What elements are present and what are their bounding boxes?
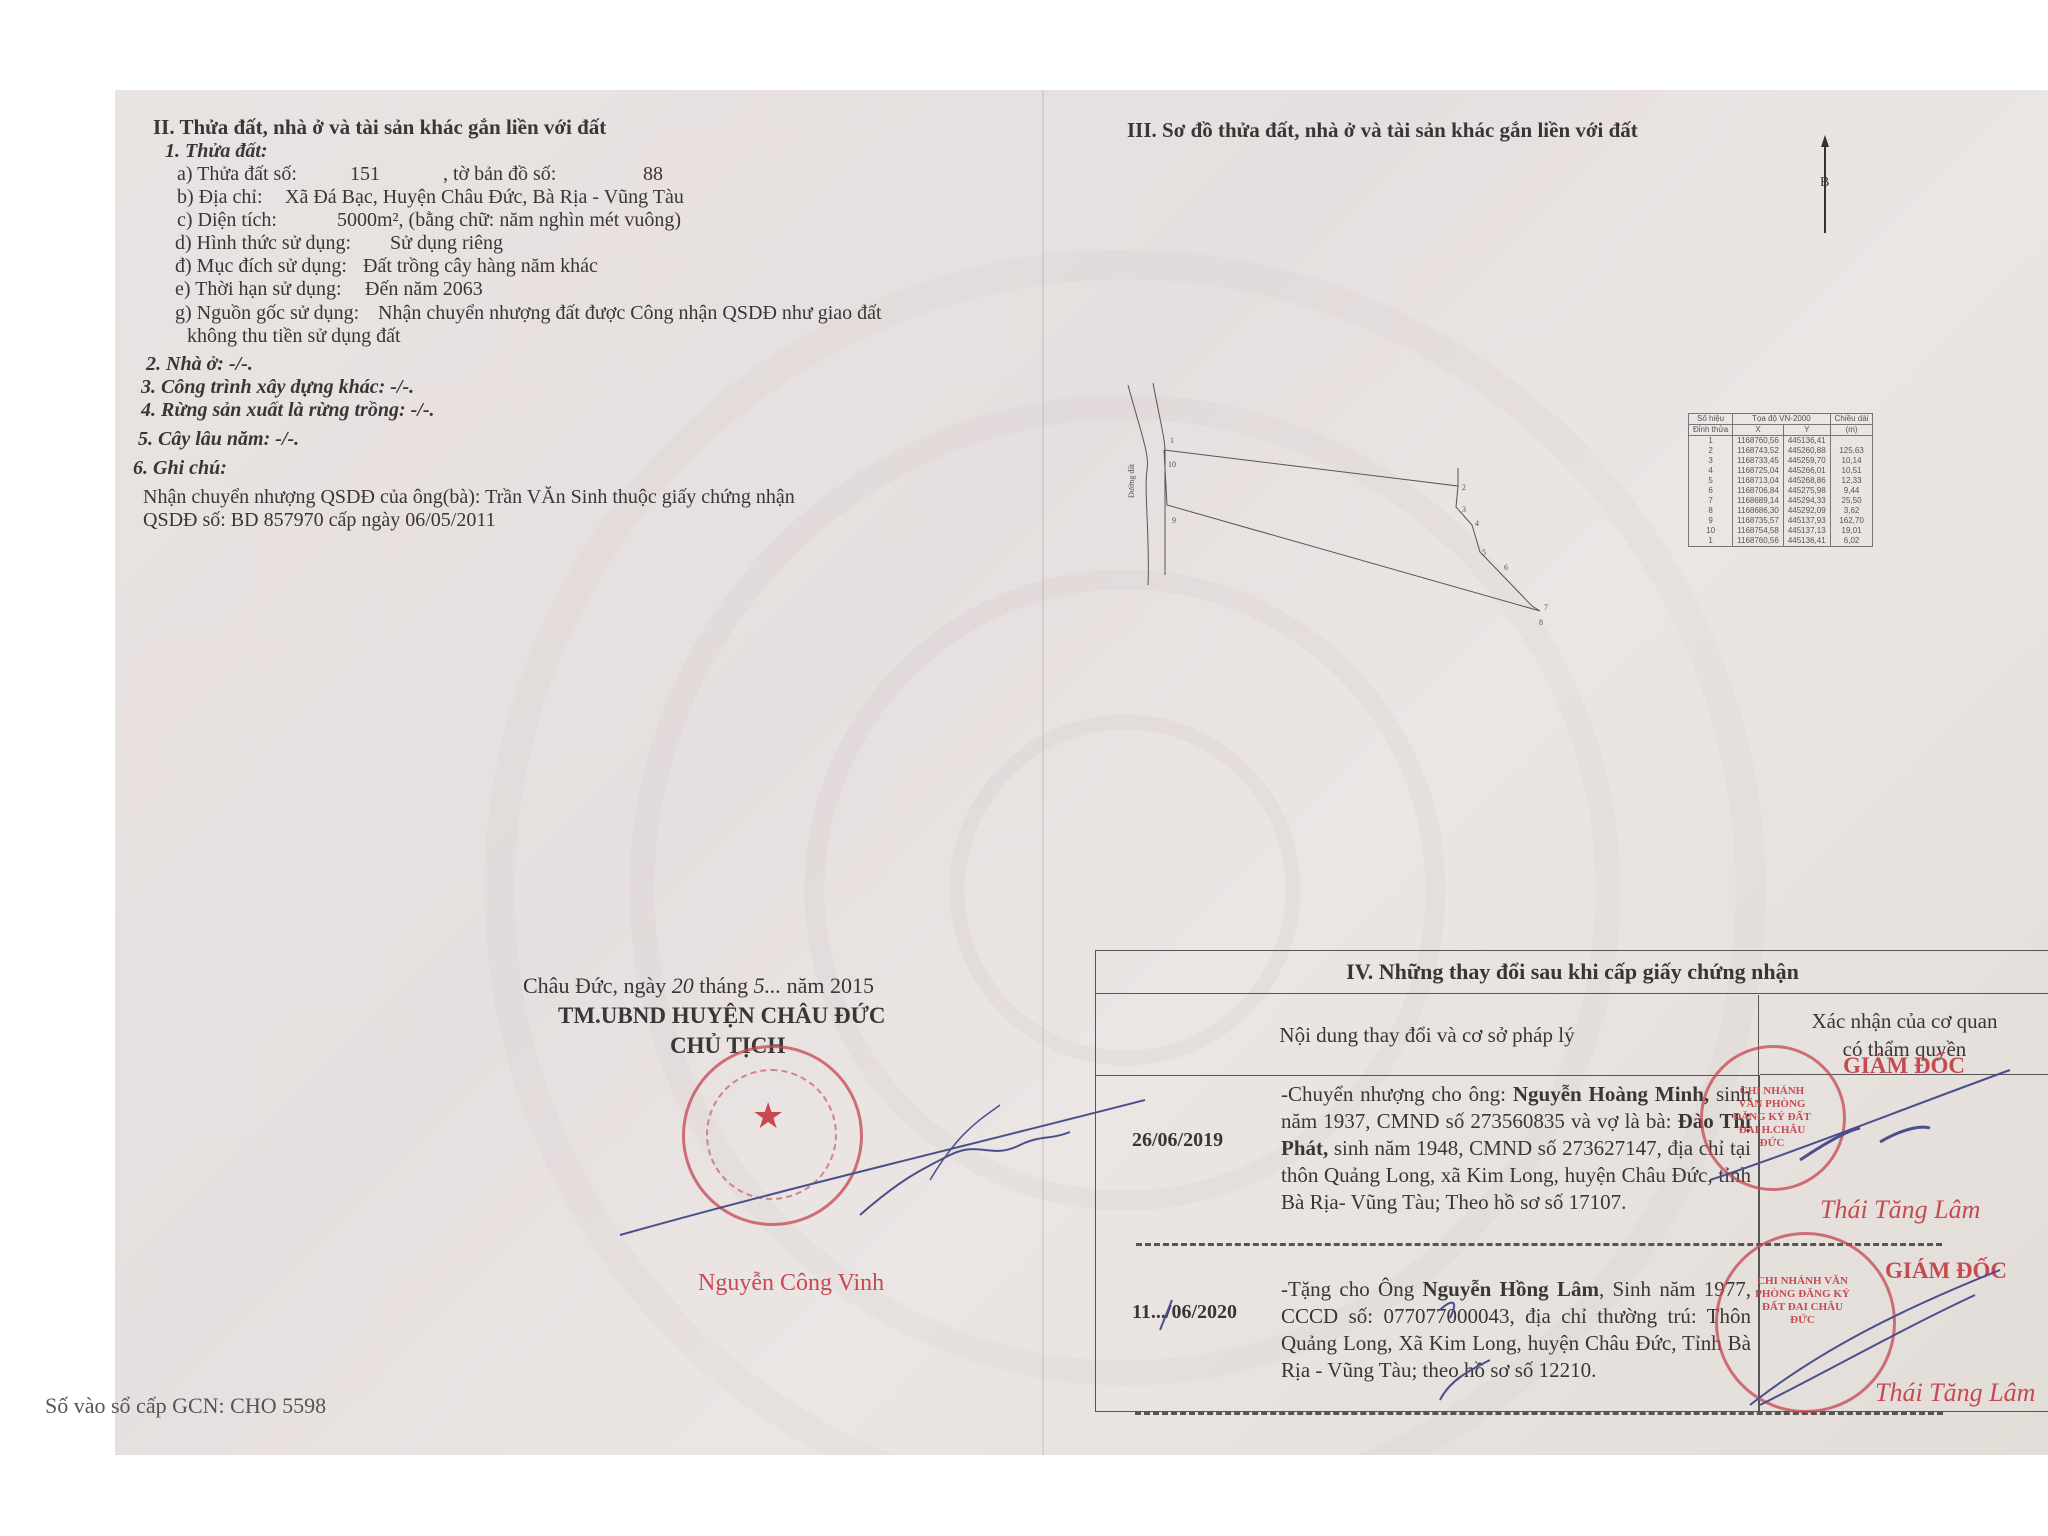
chairman-signature-icon bbox=[600, 1060, 1160, 1260]
cell-point: 2 bbox=[1689, 446, 1733, 456]
cell-y: 445136,41 bbox=[1783, 536, 1830, 547]
place-date: Châu Đức, ngày 20 tháng 5... năm 2015 bbox=[523, 973, 874, 999]
coordinate-row: 41168725,04445266,0110,51 bbox=[1689, 466, 1873, 476]
road-label: Đường đất bbox=[1127, 463, 1136, 498]
svg-text:2: 2 bbox=[1462, 483, 1466, 492]
cell-x: 1168686,30 bbox=[1733, 506, 1784, 516]
cell-y: 445275,98 bbox=[1783, 486, 1830, 496]
svg-text:3: 3 bbox=[1462, 505, 1466, 514]
coordinate-row: 61168706,84445275,989,44 bbox=[1689, 486, 1873, 496]
area-label: c) Diện tích: bbox=[177, 209, 277, 232]
svg-text:7: 7 bbox=[1544, 603, 1548, 612]
th-point-top: Số hiệu bbox=[1689, 414, 1733, 425]
origin-label: g) Nguồn gốc sử dụng: bbox=[175, 302, 359, 325]
registry-number: Số vào sổ cấp GCN: CHO 5598 bbox=[45, 1393, 326, 1419]
coordinate-row: 11168760,56445136,416,02 bbox=[1689, 536, 1873, 547]
svg-text:1: 1 bbox=[1170, 436, 1174, 445]
coordinate-row: 21168743,52445260,88125,63 bbox=[1689, 446, 1873, 456]
issue-month: 5... bbox=[754, 973, 782, 998]
issue-day: 20 bbox=[672, 973, 694, 998]
cell-length: 125,63 bbox=[1830, 446, 1873, 456]
month-label: tháng bbox=[699, 973, 748, 998]
cell-point: 7 bbox=[1689, 496, 1733, 506]
issuing-organization: TM.UBND HUYỆN CHÂU ĐỨC bbox=[558, 1003, 886, 1029]
notes-line2: QSDĐ số: BD 857970 cấp ngày 06/05/2011 bbox=[143, 509, 496, 532]
coordinate-row: 31168733,45445259,7010,14 bbox=[1689, 456, 1873, 466]
entry-content: -Chuyển nhượng cho ông: Nguyễn Hoàng Min… bbox=[1281, 1081, 1751, 1216]
address-label: b) Địa chỉ: bbox=[177, 186, 263, 209]
cell-x: 1168733,45 bbox=[1733, 456, 1784, 466]
issue-year: năm 2015 bbox=[787, 973, 874, 998]
coordinate-row: 71168689,14445294,3325,50 bbox=[1689, 496, 1873, 506]
cell-point: 6 bbox=[1689, 486, 1733, 496]
cell-y: 445268,86 bbox=[1783, 476, 1830, 486]
address-value: Xã Đá Bạc, Huyện Châu Đức, Bà Rịa - Vũng… bbox=[285, 186, 684, 209]
cell-y: 445294,33 bbox=[1783, 496, 1830, 506]
cell-x: 1168735,57 bbox=[1733, 516, 1784, 526]
cell-length: 19,01 bbox=[1830, 526, 1873, 536]
place-date-prefix: Châu Đức, ngày bbox=[523, 973, 666, 998]
th-length-top: Chiều dài bbox=[1830, 414, 1873, 425]
cell-x: 1168760,56 bbox=[1733, 436, 1784, 447]
coordinate-row: 11168760,56445136,41 bbox=[1689, 436, 1873, 447]
cell-x: 1168760,56 bbox=[1733, 536, 1784, 547]
cell-x: 1168725,04 bbox=[1733, 466, 1784, 476]
cell-length: 10,51 bbox=[1830, 466, 1873, 476]
cell-point: 8 bbox=[1689, 506, 1733, 516]
coordinate-row: 91168735,57445137,93162,70 bbox=[1689, 516, 1873, 526]
cell-length: 10,14 bbox=[1830, 456, 1873, 466]
usage-form-label: d) Hình thức sử dụng: bbox=[175, 232, 351, 255]
cell-y: 445137,13 bbox=[1783, 526, 1830, 536]
svg-text:5: 5 bbox=[1482, 548, 1486, 557]
coordinate-row: 81168686,30445292,093,62 bbox=[1689, 506, 1873, 516]
col-header-content: Nội dung thay đổi và cơ sở pháp lý bbox=[1096, 995, 1759, 1076]
cell-y: 445137,93 bbox=[1783, 516, 1830, 526]
coordinate-rows: 11168760,56445136,4121168743,52445260,88… bbox=[1689, 436, 1873, 547]
parcel-number: 151 bbox=[350, 163, 380, 186]
cell-x: 1168743,52 bbox=[1733, 446, 1784, 456]
notes-line1: Nhận chuyển nhượng QSDĐ của ông(bà): Trầ… bbox=[143, 486, 795, 509]
cell-point: 4 bbox=[1689, 466, 1733, 476]
cell-y: 445260,88 bbox=[1783, 446, 1830, 456]
map-sheet-label: , tờ bản đồ số: bbox=[443, 163, 556, 186]
usage-purpose-value: Đất trồng cây hàng năm khác bbox=[363, 255, 598, 278]
cell-length: 12,33 bbox=[1830, 476, 1873, 486]
usage-form-value: Sử dụng riêng bbox=[390, 232, 503, 255]
coordinate-table: Số hiệu Tọa độ VN-2000 Chiều dài Đỉnh th… bbox=[1688, 413, 1873, 547]
coordinate-row: 101168754,58445137,1319,01 bbox=[1689, 526, 1873, 536]
cell-length: 9,44 bbox=[1830, 486, 1873, 496]
cell-x: 1168689,14 bbox=[1733, 496, 1784, 506]
cell-y: 445292,09 bbox=[1783, 506, 1830, 516]
cell-y: 445259,70 bbox=[1783, 456, 1830, 466]
table-bottom-separator bbox=[1135, 1412, 1943, 1415]
origin-value-line2: không thu tiền sử dụng đất bbox=[187, 325, 401, 348]
svg-text:6: 6 bbox=[1504, 563, 1508, 572]
section-ii-title: II. Thửa đất, nhà ở và tài sản khác gắn … bbox=[153, 115, 606, 140]
svg-text:4: 4 bbox=[1475, 519, 1479, 528]
cell-x: 1168713,04 bbox=[1733, 476, 1784, 486]
parcel-number-label: a) Thửa đất số: bbox=[177, 163, 297, 186]
cell-point: 1 bbox=[1689, 436, 1733, 447]
cell-x: 1168706,84 bbox=[1733, 486, 1784, 496]
cell-x: 1168754,58 bbox=[1733, 526, 1784, 536]
cell-length bbox=[1830, 436, 1873, 447]
parcel-sketch: Đường đất 1 10 2 3 4 5 6 7 8 9 bbox=[1120, 380, 1560, 640]
th-point-bottom: Đỉnh thửa bbox=[1689, 425, 1733, 436]
notes-heading: 6. Ghi chú: bbox=[133, 457, 227, 480]
col-header-confirm-line1: Xác nhận của cơ quan bbox=[1760, 1007, 2048, 1035]
cell-point: 10 bbox=[1689, 526, 1733, 536]
signer-name: Nguyễn Công Vinh bbox=[698, 1270, 884, 1297]
house-item: 2. Nhà ở: -/-. bbox=[146, 353, 253, 376]
clerk-signature-icon bbox=[1150, 1270, 1530, 1410]
entry-date: 26/06/2019 bbox=[1132, 1129, 1223, 1152]
cell-point: 3 bbox=[1689, 456, 1733, 466]
cell-point: 5 bbox=[1689, 476, 1733, 486]
usage-purpose-label: đ) Mục đích sử dụng: bbox=[175, 255, 347, 278]
cell-length: 162,70 bbox=[1830, 516, 1873, 526]
director-signature-icon bbox=[1700, 1050, 2048, 1410]
north-label: B bbox=[1820, 175, 1829, 191]
origin-value-line1: Nhận chuyển nhượng đất được Công nhận QS… bbox=[378, 302, 882, 325]
th-x: X bbox=[1733, 425, 1784, 436]
parcel-heading: 1. Thửa đất: bbox=[165, 140, 268, 163]
cell-length: 6,02 bbox=[1830, 536, 1873, 547]
cell-point: 1 bbox=[1689, 536, 1733, 547]
th-y: Y bbox=[1783, 425, 1830, 436]
perennial-trees-item: 5. Cây lâu năm: -/-. bbox=[138, 428, 299, 451]
svg-text:10: 10 bbox=[1168, 460, 1176, 469]
map-sheet-number: 88 bbox=[643, 163, 663, 186]
section-iv-title: IV. Những thay đổi sau khi cấp giấy chứn… bbox=[1096, 951, 2048, 994]
area-value: 5000m², (bằng chữ: năm nghìn mét vuông) bbox=[337, 209, 681, 232]
cell-point: 9 bbox=[1689, 516, 1733, 526]
coordinate-row: 51168713,04445268,8612,33 bbox=[1689, 476, 1873, 486]
svg-text:8: 8 bbox=[1539, 618, 1543, 627]
th-length-bottom: (m) bbox=[1830, 425, 1873, 436]
cell-length: 25,50 bbox=[1830, 496, 1873, 506]
usage-term-label: e) Thời hạn sử dụng: bbox=[175, 278, 342, 301]
cell-y: 445136,41 bbox=[1783, 436, 1830, 447]
other-construction-item: 3. Công trình xây dựng khác: -/-. bbox=[141, 376, 414, 399]
th-coord-group: Tọa độ VN-2000 bbox=[1733, 414, 1831, 425]
svg-text:9: 9 bbox=[1172, 516, 1176, 525]
section-iii-title: III. Sơ đồ thửa đất, nhà ở và tài sản kh… bbox=[1127, 118, 1638, 143]
cell-y: 445266,01 bbox=[1783, 466, 1830, 476]
usage-term-value: Đến năm 2063 bbox=[365, 278, 483, 301]
production-forest-item: 4. Rừng sản xuất là rừng trồng: -/-. bbox=[141, 399, 434, 422]
cell-length: 3,62 bbox=[1830, 506, 1873, 516]
